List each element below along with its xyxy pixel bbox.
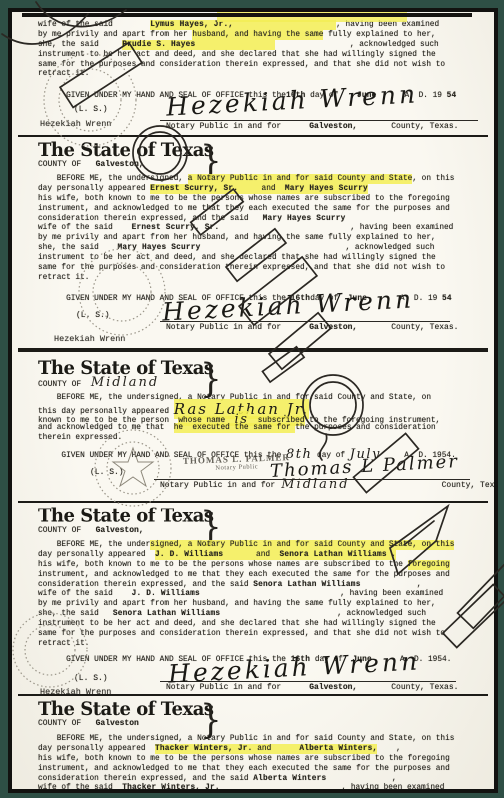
text-segment: by me privily and apart from her <box>38 31 192 39</box>
county-name: Galveston, <box>96 160 144 169</box>
notary-suffix: County, Texas. <box>391 683 458 692</box>
text-segment: instrument to be her act and deed, and s… <box>38 254 436 262</box>
text-line: by me privily and apart from her husband… <box>38 31 480 41</box>
text-segment: fully explained to her, <box>323 31 435 39</box>
notary-suffix: County, Texas. <box>391 122 458 131</box>
text-segment: she, the said <box>38 244 118 252</box>
text-segment: , having been examined <box>220 784 445 792</box>
paragraph: BEFORE ME, the undersigned, a Notary Pub… <box>38 394 480 443</box>
text-line: his wife, both known to me to be the per… <box>38 755 480 765</box>
text-segment: his wife, both known to me to be the per… <box>38 195 450 203</box>
text-segment: and acknowledged to me that <box>38 424 174 432</box>
text-line: therein expressed. <box>38 434 480 444</box>
text-segment: , <box>361 581 422 589</box>
county-name: Galveston <box>96 719 139 728</box>
text-segment: day personally appeared <box>38 185 150 193</box>
text-line: consideration therein expressed, and the… <box>38 581 480 591</box>
section-scurry: The State of Texas COUNTY OF Galveston, … <box>38 140 480 357</box>
text-line: wife of the said Ernest Scurry, Sr. , ha… <box>38 224 480 234</box>
paragraph: BEFORE ME, the undersigned, a Notary Pub… <box>38 735 480 793</box>
text-segment: wife of the said <box>38 224 132 232</box>
text-segment: same for the purposes and consideration … <box>38 630 445 638</box>
text-segment: by me privily and apart from her husband… <box>38 600 436 608</box>
text-line: same for the purposes and consideration … <box>38 630 480 640</box>
text-segment: a Notary Public in and for said County a… <box>188 175 413 183</box>
text-line: consideration therein expressed, and the… <box>38 215 480 225</box>
document-paper: wife of the said Lymus Hayes, Jr., , hav… <box>8 8 498 793</box>
filled-name: Mary Hayes Scurry <box>118 244 201 252</box>
section-hayes: wife of the said Lymus Hayes, Jr., , hav… <box>38 18 480 154</box>
typed-notary-name: Hezekiah Wrenn <box>54 334 125 344</box>
filled-name: Senora Lathan Williams <box>253 581 360 589</box>
signature-line <box>160 120 478 121</box>
text-segment: he executed the same for <box>174 424 296 432</box>
county-label: COUNTY OF <box>38 526 81 535</box>
filled-name: 54 <box>442 295 452 303</box>
filled-name: Mary Hayes Scurry <box>263 215 346 223</box>
text-segment: husband, and having the same <box>192 31 323 39</box>
text-segment: BEFORE ME, the under <box>38 541 150 549</box>
text-line: this day personally appeared Ras Lathan … <box>38 404 480 414</box>
filled-name: Mary Hayes Scurry <box>285 185 368 193</box>
text-segment: day personally appeared <box>38 745 155 753</box>
text-segment: retract it. <box>38 640 89 648</box>
text-segment: and <box>253 745 300 753</box>
notary-prefix: Notary Public in and for <box>166 122 281 131</box>
text-segment: , having been examined <box>200 590 443 598</box>
text-segment: retract it. <box>38 70 89 78</box>
text-line: BEFORE ME, the undersigned, a Notary Pub… <box>38 541 480 551</box>
text-line: same for the purposes and consideration … <box>38 61 480 71</box>
notary-prefix: Notary Public in and for <box>160 481 275 496</box>
filled-name: J. D. Williams <box>155 551 223 559</box>
text-line: day personally appeared Ernest Scurry, S… <box>38 185 480 195</box>
notary-county: Galveston, <box>309 122 357 131</box>
text-segment: , <box>387 551 396 559</box>
text-segment: instrument, and acknowledged to me that … <box>38 205 450 213</box>
text-line: wife of the said Lymus Hayes, Jr., , hav… <box>38 21 480 31</box>
filled-name: J. D. Williams <box>132 590 200 598</box>
text-segment: by me privily and apart from her husband… <box>38 234 436 242</box>
paragraph: BEFORE ME, the undersigned, a Notary Pub… <box>38 541 480 650</box>
text-line: day personally appeared Thacker Winters,… <box>38 745 480 755</box>
text-line: same for the purposes and consideration … <box>38 264 480 274</box>
text-segment: foregoing <box>408 561 450 569</box>
text-line: instrument to be her act and deed, and s… <box>38 254 480 264</box>
section-lathan: The State of Texas COUNTY OF Midland } B… <box>38 358 480 511</box>
state-of-texas-heading: The State of Texas <box>38 358 480 378</box>
notary-caption: Notary Public in and forGalveston,County… <box>166 122 458 131</box>
text-line: known to me to be the person whose name … <box>38 414 480 424</box>
notary-county: Galveston, <box>309 323 357 332</box>
text-segment: consideration therein expressed, and the… <box>38 775 253 783</box>
text-segment: instrument, and acknowledged to me that … <box>38 765 450 773</box>
text-segment: day personally appeared <box>38 551 155 559</box>
text-segment: wife of the said <box>38 21 150 29</box>
filled-name: Senora Lathan Williams <box>113 610 220 618</box>
section-winters: The State of Texas COUNTY OF Galveston }… <box>38 699 480 793</box>
text-segment: , having been examined <box>219 224 453 232</box>
county-row: COUNTY OF Midland <box>38 377 480 391</box>
text-segment: , <box>326 775 396 783</box>
text-segment: same for the purposes and consideration … <box>38 264 445 272</box>
text-line: she, the said Senora Lathan Williams , a… <box>38 610 480 620</box>
typed-notary-name: Hezekiah Wrenn <box>40 119 111 129</box>
section-divider <box>18 348 488 352</box>
top-rule <box>22 13 472 17</box>
seal-placeholder-label: (L. S.) <box>76 311 110 320</box>
paragraph: wife of the said Lymus Hayes, Jr., , hav… <box>38 21 480 80</box>
filled-name: Senora Lathan Williams <box>279 551 386 559</box>
filled-name: Lymus Hayes, Jr., <box>150 21 233 29</box>
section-williams: The State of Texas COUNTY OF Galveston, … <box>38 506 480 718</box>
text-line: wife of the said Thacker Winters, Jr. , … <box>38 784 480 793</box>
text-segment: therein expressed. <box>38 434 122 442</box>
text-segment: consideration therein expressed, and the… <box>38 215 263 223</box>
county-label: COUNTY OF <box>38 380 81 389</box>
text-line: his wife, both known to me to be the per… <box>38 195 480 205</box>
text-segment: , acknowledged such <box>220 610 426 618</box>
notary-county: Galveston, <box>309 683 357 692</box>
text-segment: wife of the said <box>38 784 122 792</box>
text-line: instrument to be her act and deed, and s… <box>38 620 480 630</box>
text-line: day personally appeared J. D. Williams a… <box>38 551 480 561</box>
text-segment: and <box>238 185 285 193</box>
text-line: instrument, and acknowledged to me that … <box>38 205 480 215</box>
text-segment: instrument to be her act and deed, and s… <box>38 620 436 628</box>
filled-name: Thacker Winters, Jr. <box>155 745 253 753</box>
filled-name: Ernest Scurry, Sr. <box>132 224 220 232</box>
text-segment <box>233 21 336 29</box>
text-line: wife of the said J. D. Williams , having… <box>38 590 480 600</box>
text-segment <box>195 41 275 49</box>
text-line: by me privily and apart from her husband… <box>38 234 480 244</box>
text-segment: she, the said <box>38 41 122 49</box>
filled-name: Thacker Winters, Jr. <box>122 784 220 792</box>
text-line: instrument to be her act and deed, and s… <box>38 51 480 61</box>
text-segment: instrument, and acknowledged to me that … <box>38 571 450 579</box>
notary-block: THOMAS L. PALMER Notary Public (L. S.) T… <box>38 459 480 511</box>
text-segment: and <box>223 551 279 559</box>
text-line: she, the said Mary Hayes Scurry , acknow… <box>38 244 480 254</box>
notary-caption: Notary Public in and forMidlandCounty, T… <box>160 481 498 496</box>
notary-suffix: County, Texas. <box>442 481 498 496</box>
text-segment: signed, a Notary Public in and for said … <box>150 541 454 549</box>
text-segment: wife of the said <box>38 590 132 598</box>
seal-placeholder-label: (L. S.) <box>74 105 108 114</box>
text-segment: , on this <box>412 175 454 183</box>
text-segment: BEFORE ME, the undersigned, <box>38 175 188 183</box>
county-label: COUNTY OF <box>38 160 81 169</box>
state-of-texas-heading: The State of Texas <box>38 140 480 160</box>
section-divider <box>18 694 488 696</box>
text-segment: retract it. <box>38 274 89 282</box>
text-segment: , acknowledged such <box>201 244 435 252</box>
text-line: his wife, both known to me to be the per… <box>38 561 480 571</box>
text-segment: BEFORE ME, the undersigned, a Notary Pub… <box>38 735 454 743</box>
filled-name: Ernest Scurry, Sr. <box>150 185 238 193</box>
text-line: BEFORE ME, the undersigned, a Notary Pub… <box>38 175 480 185</box>
text-segment: consideration therein expressed, and the… <box>38 581 253 589</box>
text-segment: same for the purposes and consideration … <box>38 61 445 69</box>
text-line: she, the said Prudie S. Hayes , acknowle… <box>38 41 480 51</box>
paragraph: BEFORE ME, the undersigned, a Notary Pub… <box>38 175 480 284</box>
filled-name: 54 <box>447 92 457 100</box>
text-line: BEFORE ME, the undersigned, a Notary Pub… <box>38 735 480 745</box>
text-line: instrument, and acknowledged to me that … <box>38 571 480 581</box>
county-name: Galveston, <box>96 526 144 535</box>
text-segment: , <box>377 745 400 753</box>
text-line: by me privily and apart from her husband… <box>38 600 480 610</box>
filled-name: Alberta Winters, <box>299 745 377 753</box>
text-segment: she, the said <box>38 610 113 618</box>
section-divider <box>18 501 488 503</box>
county-label: COUNTY OF <box>38 719 81 728</box>
notary-suffix: County, Texas. <box>391 323 458 332</box>
text-segment: his wife, both known to me to be the per… <box>38 561 408 569</box>
text-segment: instrument to be her act and deed, and s… <box>38 51 436 59</box>
notary-signature: Hezekiah Wrenn <box>165 80 418 122</box>
section-divider <box>18 135 488 137</box>
filled-name: Prudie S. Hayes <box>122 41 195 49</box>
seal-placeholder-label: (L. S.) <box>90 468 124 477</box>
filled-name: Alberta Winters <box>253 775 326 783</box>
text-line: and acknowledged to me that he executed … <box>38 424 480 434</box>
text-segment: , having been examined <box>336 21 439 29</box>
state-of-texas-heading: The State of Texas <box>38 506 480 526</box>
text-segment: , acknowledged such <box>275 41 439 49</box>
text-segment: the purposes and consideration <box>295 424 435 432</box>
text-line: retract it. <box>38 274 480 284</box>
text-line: consideration therein expressed, and the… <box>38 775 480 785</box>
scanned-document-page: wife of the said Lymus Hayes, Jr., , hav… <box>0 0 504 798</box>
text-segment: his wife, both known to me to be the per… <box>38 755 450 763</box>
seal-placeholder-label: (L. S.) <box>74 674 108 683</box>
text-line: instrument, and acknowledged to me that … <box>38 765 480 775</box>
state-of-texas-heading: The State of Texas <box>38 699 480 719</box>
